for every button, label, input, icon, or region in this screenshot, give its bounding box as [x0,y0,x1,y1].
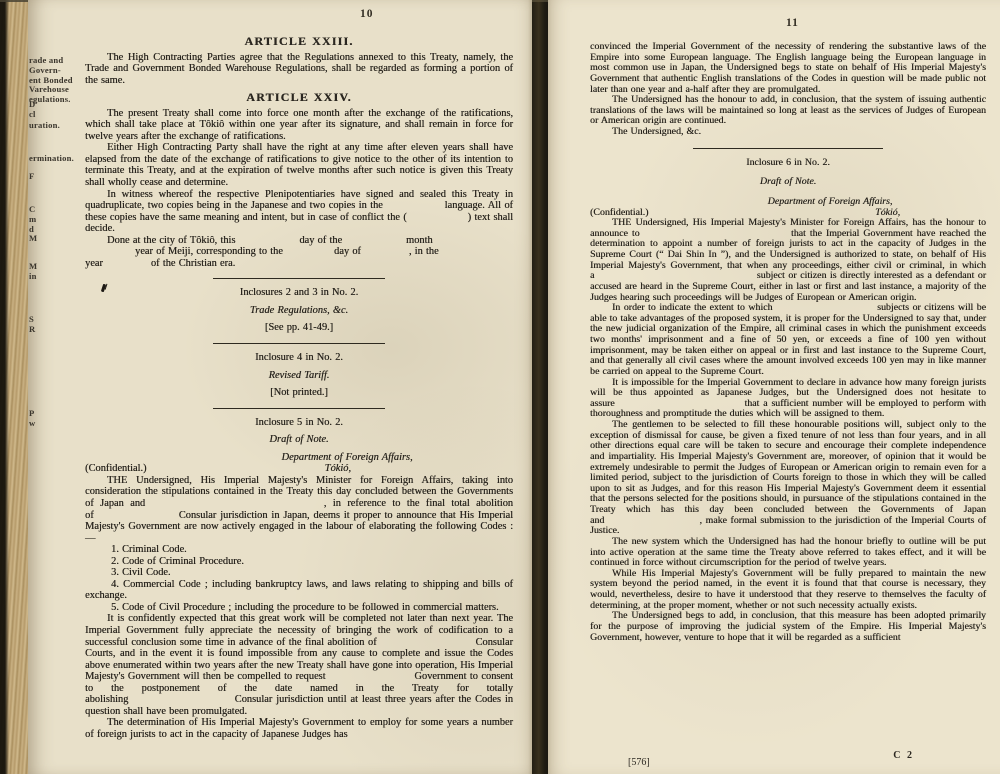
inclosure-title: Inclosures 2 and 3 in No. 2. [85,287,513,299]
margin-note: uration. [29,121,85,131]
department-line: Department of Foreign Affairs, [133,452,532,464]
article-heading: ARTICLE XXIII. [85,36,513,48]
right-page-text: convinced the Imperial Government of the… [590,0,986,774]
article-heading: ARTICLE XXIV. [85,92,513,104]
code-list-item: 3. Civil Code. [85,567,513,579]
paragraph: The gentlemen to be selected to fill the… [590,420,986,537]
inclosure-subtitle: Revised Tariff. [85,370,513,382]
margin-note: M in [29,262,85,282]
confidential-line: (Confidential.) Tókió, [85,463,513,475]
paragraph: In witness whereof the respective Plenip… [85,189,513,235]
paragraph: It is confidently expected that this gre… [85,613,513,717]
inclosure-subtitle: Draft of Note. [85,434,513,446]
confidential-label: (Confidential.) [590,207,648,218]
paragraph: While His Imperial Majesty's Government … [590,569,986,612]
confidential-line: (Confidential.) Tókió, [590,208,986,219]
separator-rule [693,148,883,149]
inclosure-title: Inclosure 5 in No. 2. [85,417,513,429]
inclosure-subtitle: Draft of Note. [590,177,986,188]
department-line: Department of Foreign Affairs, [632,197,1000,208]
separator-rule [213,343,385,344]
code-list-item: 2. Code of Criminal Procedure. [85,556,513,568]
paragraph: The new system which the Undersigned has… [590,537,986,569]
place-label: Tókió, [325,463,351,475]
book-fore-edges [0,0,30,774]
paragraph: convinced the Imperial Government of the… [590,42,986,95]
code-list-item: 4. Commercial Code ; including bankruptc… [85,579,513,602]
margin-note: ermination. [29,154,85,164]
paragraph: It is impossible for the Imperial Govern… [590,378,986,421]
inclosure-title: Inclosure 4 in No. 2. [85,352,513,364]
margin-note: M [29,234,85,244]
confidential-label: (Confidential.) [85,463,146,474]
margin-note: rade and Govern- ent Bonded Varehouse eg… [29,56,85,105]
left-page-text: ARTICLE XXIII. The High Contracting Part… [85,0,513,774]
margin-note: P w [29,409,85,429]
book-photo: 10 rade and Govern- ent Bonded Varehouse… [0,0,1000,774]
paragraph: The present Treaty shall come into force… [85,108,513,143]
paragraph: The Undersigned has the honour to add, i… [590,95,986,127]
code-list-item: 1. Criminal Code. [85,544,513,556]
margin-note: F [29,172,85,182]
attestation-line: Done at the city of Tôkiô, this day of t… [85,235,513,247]
inclosure-note: [Not printed.] [85,387,513,399]
left-page: 10 rade and Govern- ent Bonded Varehouse… [28,0,532,774]
code-list: 1. Criminal Code. 2. Code of Criminal Pr… [85,544,513,613]
attestation-line: year of the Christian era. [85,258,513,270]
paragraph: The Undersigned, &c. [590,127,986,138]
margin-note: S R [29,315,85,335]
paragraph: THE Undersigned, His Imperial Majesty's … [85,475,513,544]
separator-rule [213,408,385,409]
binding-gutter [528,0,552,774]
paragraph: The determination of His Imperial Majest… [85,717,513,740]
inclosure-title: Inclosure 6 in No. 2. [590,158,986,169]
paragraph: Either High Contracting Party shall have… [85,142,513,188]
place-label: Tókió, [875,208,900,219]
paragraph: The Undersigned begs to add, in conclusi… [590,611,986,643]
margin-note: C m d [29,205,85,234]
attestation-line: year of Meiji, corresponding to the day … [85,246,513,258]
paragraph: The High Contracting Parties agree that … [85,52,513,87]
paragraph: THE Undersigned, His Imperial Majesty's … [590,218,986,303]
inclosure-subtitle: Trade Regulations, &c. [85,305,513,317]
signature-mark: C 2 [893,750,914,761]
plate-number: [576] [628,757,650,768]
code-list-item: 5. Code of Civil Procedure ; including t… [85,602,513,614]
paragraph: In order to indicate the extent to which… [590,303,986,377]
margin-note: D cl [29,100,85,120]
right-page: 11 convinced the Imperial Government of … [548,0,1000,774]
inclosure-note: [See pp. 41-49.] [85,322,513,334]
separator-rule [213,278,385,279]
